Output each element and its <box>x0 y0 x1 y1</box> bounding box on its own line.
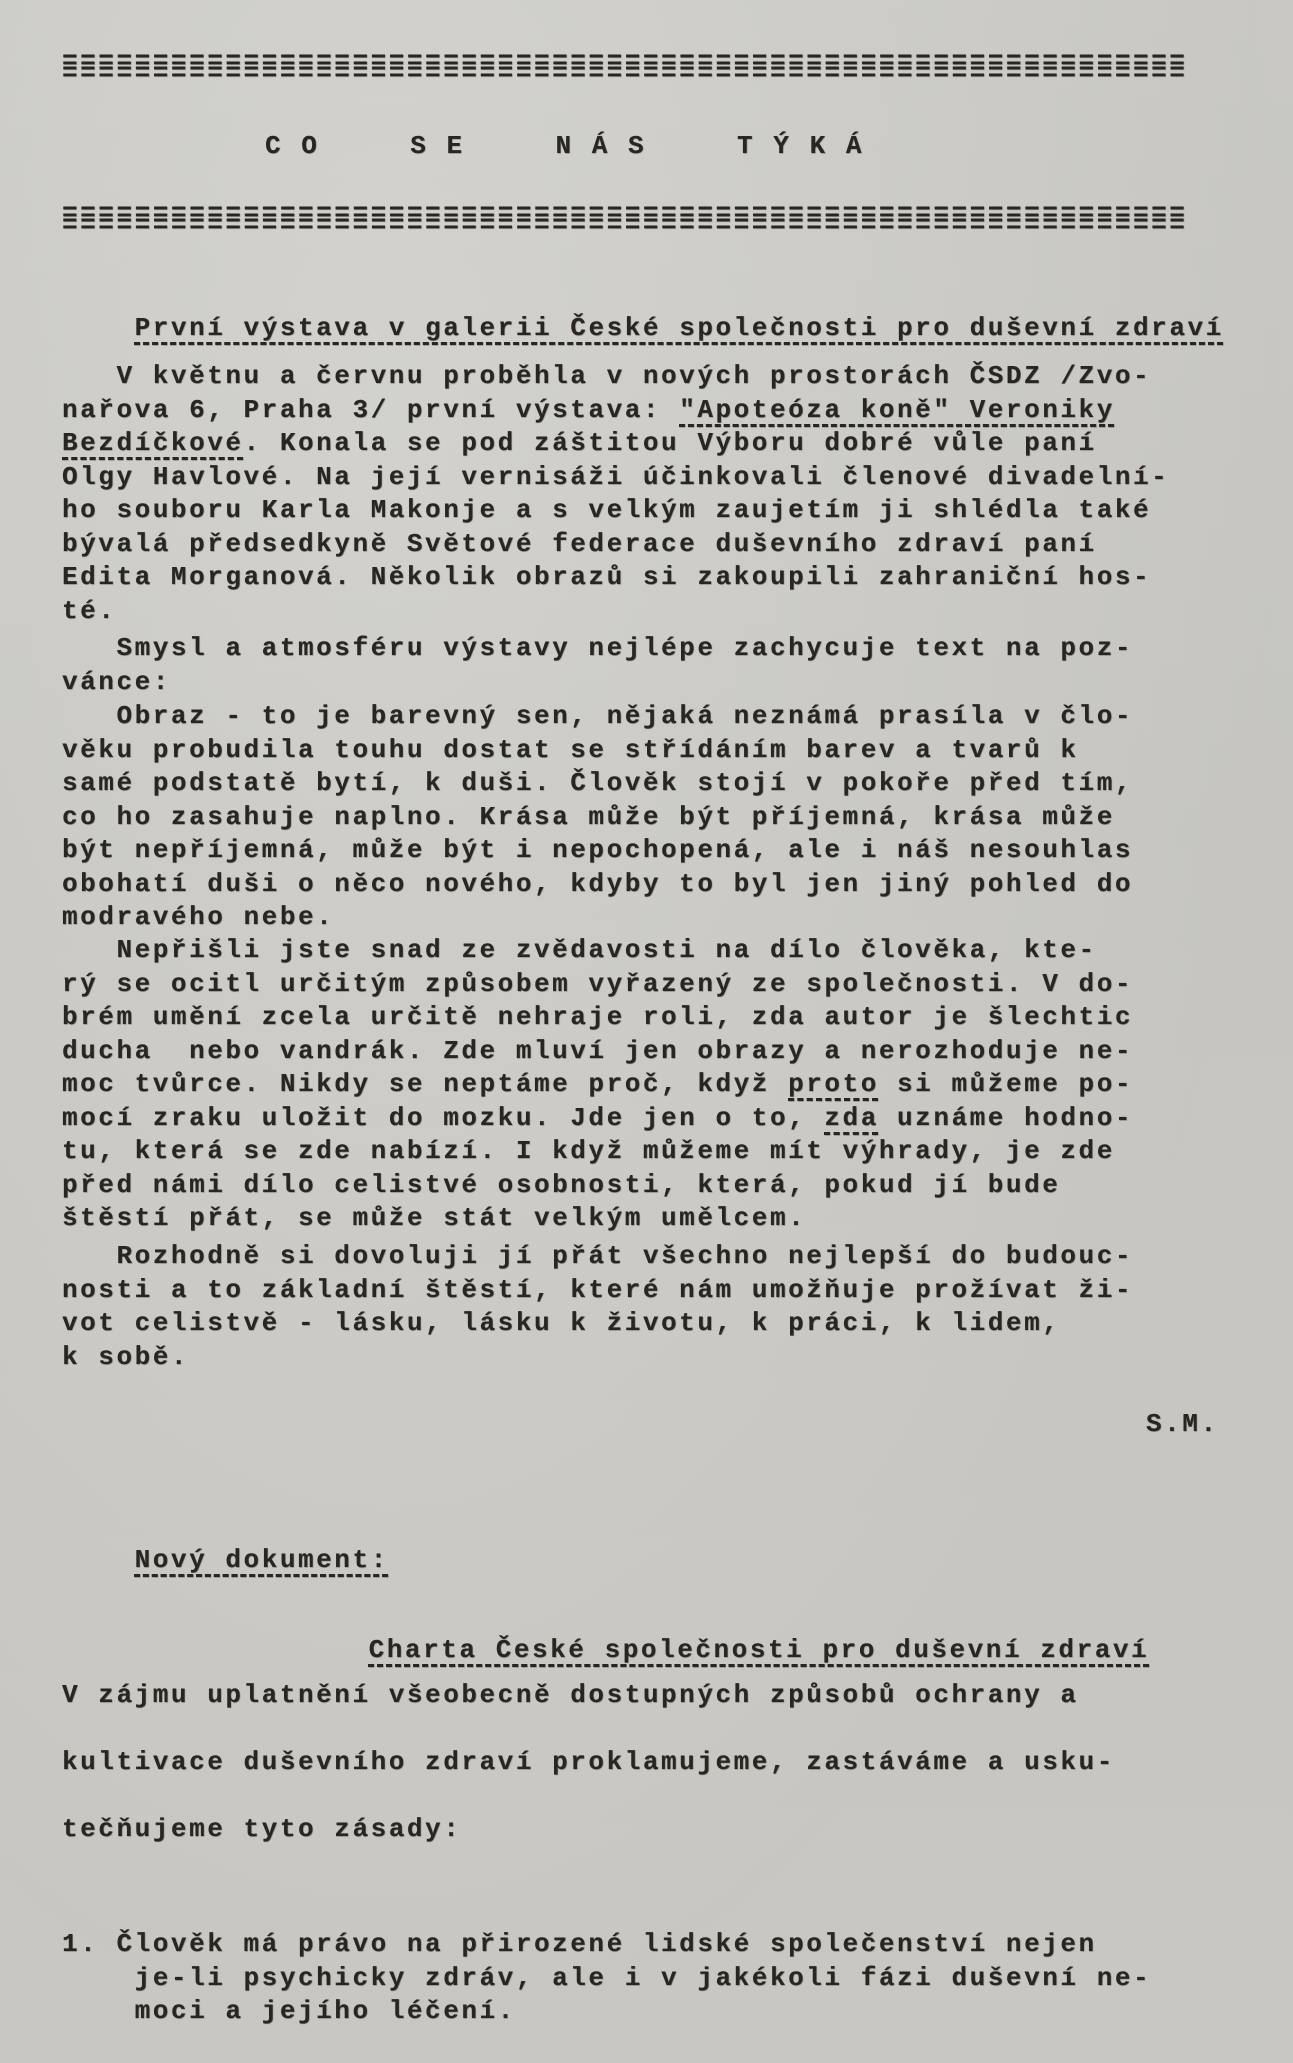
text-segment: uznáme hodno- <box>879 1103 1133 1133</box>
text-line: obohatí duši o něco nového, kdyby to byl… <box>62 868 1133 902</box>
text-line: k sobě. <box>62 1341 1133 1375</box>
text-line: štěstí přát, se může stát velkým umělcem… <box>62 1202 1133 1236</box>
article-paragraph-3: Obraz - to je barevný sen, nějaká neznám… <box>62 700 1133 935</box>
text-segment: si můžeme po- <box>879 1069 1133 1099</box>
text-line: Rozhodně si dovoluji jí přát všechno nej… <box>62 1240 1133 1274</box>
text-line: tu, která se zde nabízí. I když můžeme m… <box>62 1135 1133 1169</box>
text-line: samé podstatě bytí, k duši. Člověk stojí… <box>62 767 1133 801</box>
text-line: nařova 6, Praha 3/ první výstava: "Apote… <box>62 394 1169 428</box>
text-line: ho souboru Karla Makonje a s velkým zauj… <box>62 494 1169 528</box>
text-line: je-li psychicky zdráv, ale i v jakékoli … <box>62 1962 1151 1996</box>
text-line: nosti a to základní štěstí, které nám um… <box>62 1274 1133 1308</box>
underlined-segment: proto <box>788 1069 879 1099</box>
text-line: mocí zraku uložit do mozku. Jde jen o to… <box>62 1102 1133 1136</box>
article-paragraph-5: Rozhodně si dovoluji jí přát všechno nej… <box>62 1240 1133 1374</box>
article-paragraph-1: V květnu a červnu proběhla v nových pros… <box>62 360 1169 628</box>
divider-row: ========================================… <box>62 220 1187 232</box>
top-divider: ========================================… <box>62 56 1187 80</box>
author-initials: S.M. <box>1146 1408 1219 1442</box>
text-line: V zájmu uplatnění všeobecně dostupných z… <box>62 1662 1115 1729</box>
text-line: té. <box>62 595 1169 629</box>
text-line: 1. Člověk má právo na přirozené lidské s… <box>62 1928 1151 1962</box>
article-paragraph-2: Smysl a atmosféru výstavy nejlépe zachyc… <box>62 632 1133 699</box>
text-line: tečňujeme tyto zásady: <box>62 1796 1115 1863</box>
new-document-label: Nový dokument: <box>62 1510 389 1544</box>
text-line: věku probudila touhu dostat se střídáním… <box>62 734 1133 768</box>
text-line: Smysl a atmosféru výstavy nejlépe zachyc… <box>62 632 1133 666</box>
text-line: vánce: <box>62 666 1133 700</box>
divider-row: ========================================… <box>62 68 1187 80</box>
second-divider: ========================================… <box>62 208 1187 232</box>
text-line: před námi dílo celistvé osobnosti, která… <box>62 1169 1133 1203</box>
text-line: V květnu a červnu proběhla v nových pros… <box>62 360 1169 394</box>
typewritten-document-page: ========================================… <box>0 0 1293 2063</box>
text-line: co ho zasahuje naplno. Krása může být př… <box>62 801 1133 835</box>
text-line: vot celistvě - lásku, lásku k životu, k … <box>62 1307 1133 1341</box>
underlined-segment: Bezdíčkové <box>62 428 244 458</box>
article-paragraph-4: Nepřišli jste snad ze zvědavosti na dílo… <box>62 934 1133 1236</box>
text-line: modravého nebe. <box>62 901 1133 935</box>
text-line: bývalá předsedkyně Světové federace duše… <box>62 528 1169 562</box>
text-line: ducha nebo vandrák. Zde mluví jen obrazy… <box>62 1035 1133 1069</box>
article-heading: První výstava v galerii České společnost… <box>62 278 1224 312</box>
text-segment: moc tvůrce. Nikdy se neptáme proč, když <box>62 1069 788 1099</box>
text-line: Bezdíčkové. Konala se pod záštitou Výbor… <box>62 427 1169 461</box>
charta-heading-text: Charta České společnosti pro duševní zdr… <box>369 1635 1150 1665</box>
text-line: brém umění zcela určitě nehraje roli, zd… <box>62 1001 1133 1035</box>
text-line: kultivace duševního zdraví proklamujeme,… <box>62 1729 1115 1796</box>
text-line: moci a jejího léčení. <box>62 1995 1151 2029</box>
charta-intro: V zájmu uplatnění všeobecně dostupných z… <box>62 1662 1115 1863</box>
text-segment: . Konala se pod záštitou Výboru dobré vů… <box>244 428 1097 458</box>
text-segment: mocí zraku uložit do mozku. Jde jen o to… <box>62 1103 824 1133</box>
new-document-label-text: Nový dokument: <box>135 1545 389 1575</box>
underlined-segment: zda <box>824 1103 878 1133</box>
text-line: Olgy Havlové. Na její vernisáži účinkova… <box>62 461 1169 495</box>
text-line: Obraz - to je barevný sen, nějaká neznám… <box>62 700 1133 734</box>
text-line: Edita Morganová. Několik obrazů si zakou… <box>62 561 1169 595</box>
underlined-segment: "Apoteóza koně" Veroniky <box>679 395 1115 425</box>
text-line: moc tvůrce. Nikdy se neptáme proč, když … <box>62 1068 1133 1102</box>
article-heading-text: První výstava v galerii České společnost… <box>135 313 1224 343</box>
charta-heading: Charta České společnosti pro duševní zdr… <box>296 1600 1149 1634</box>
page-title: C O S E N Á S T Ý K Á <box>265 130 864 164</box>
text-line: být nepříjemná, může být i nepochopená, … <box>62 834 1133 868</box>
text-line: rý se ocitl určitým způsobem vyřazený ze… <box>62 968 1133 1002</box>
text-segment: nařova 6, Praha 3/ první výstava: <box>62 395 679 425</box>
charta-item-1: 1. Člověk má právo na přirozené lidské s… <box>62 1928 1151 2029</box>
text-line: Nepřišli jste snad ze zvědavosti na dílo… <box>62 934 1133 968</box>
